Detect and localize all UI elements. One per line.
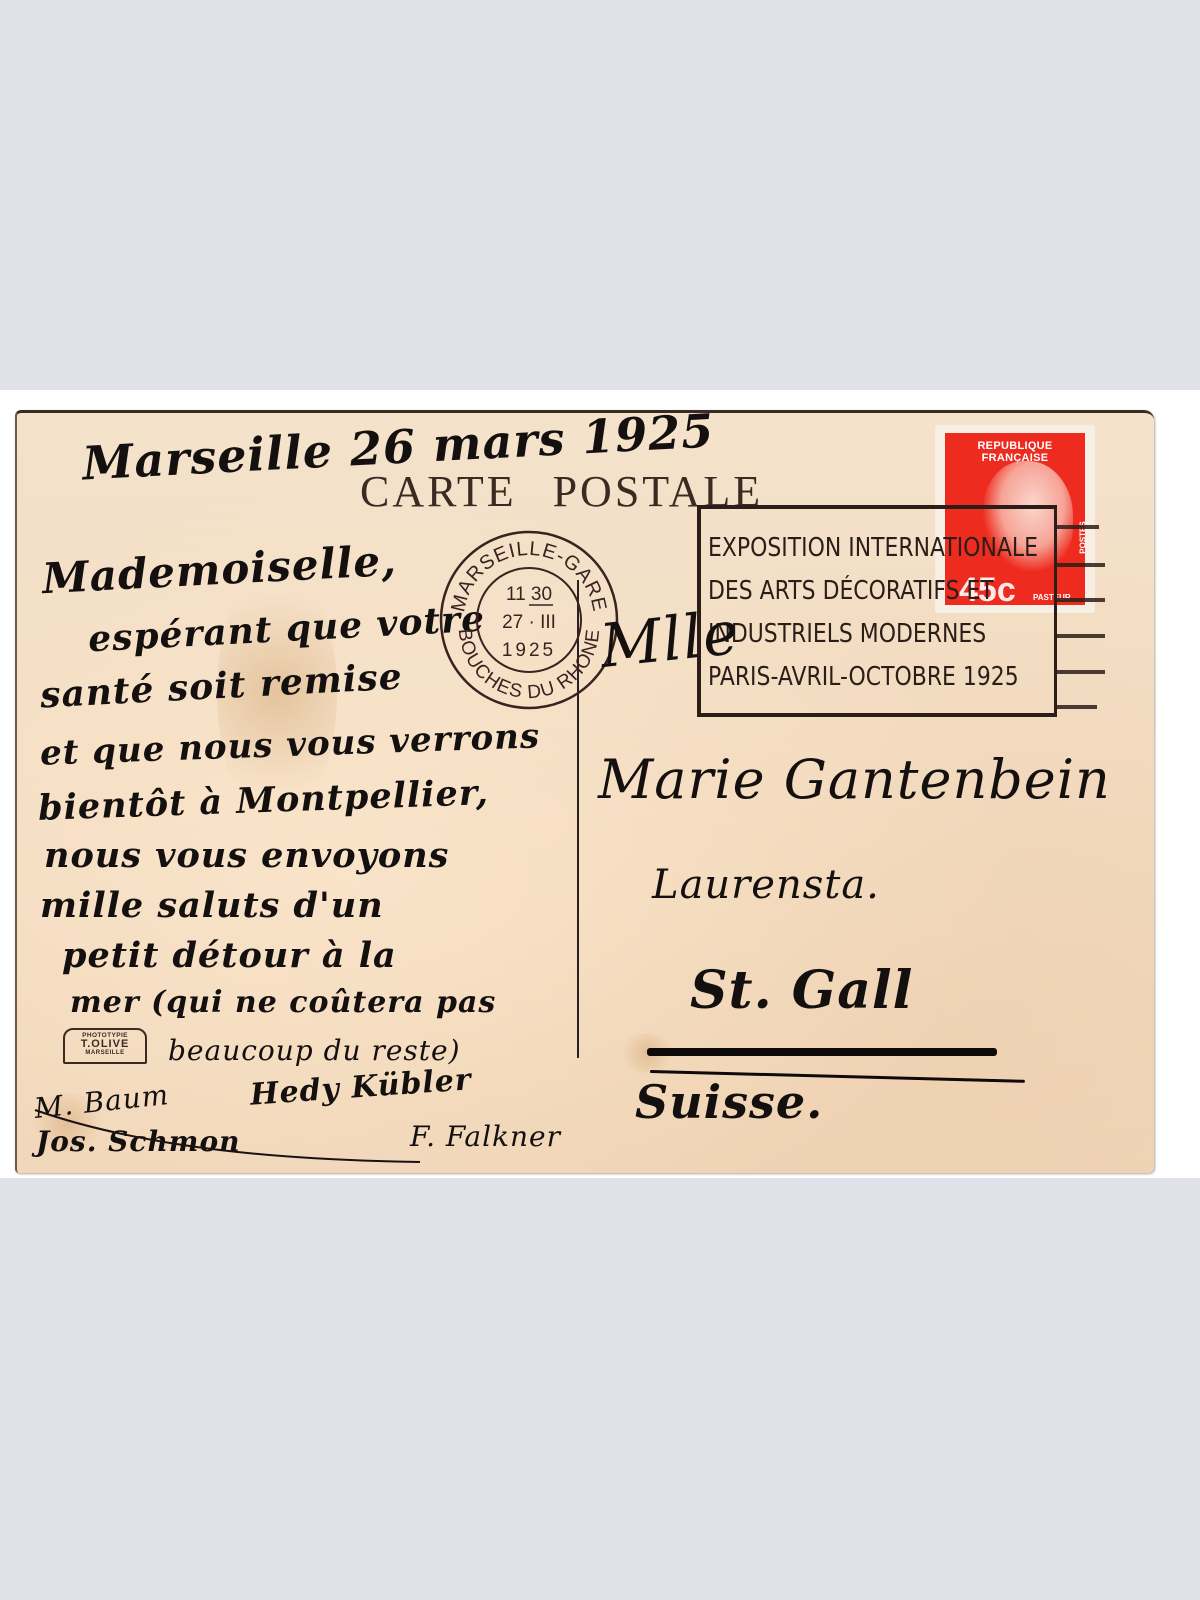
- postmark-date: 27 · III: [502, 612, 556, 633]
- slogan-line: DES ARTS DÉCORATIFS ET: [708, 570, 1013, 613]
- message-line: mille saluts d'un: [40, 885, 384, 926]
- circular-postmark: MARSEILLE-GARE BOUCHES DU RHONE 11 30 27…: [437, 528, 621, 712]
- publisher-line2: T.OLIVE: [65, 1039, 145, 1050]
- address-line: Mlle: [597, 598, 743, 682]
- postmark-year: 1925: [502, 640, 556, 661]
- signature: F. Falkner: [410, 1120, 561, 1153]
- slogan-line: EXPOSITION INTERNATIONALE: [708, 527, 1013, 570]
- address-line: St. Gall: [690, 960, 913, 1021]
- stamp-country: REPUBLIQUE FRANÇAISE: [945, 440, 1085, 464]
- cancel-wavy-line: [1057, 634, 1105, 638]
- cancel-wavy-line: [1057, 525, 1099, 529]
- address-line: Laurensta.: [652, 862, 880, 908]
- postmark-time: 11 30: [506, 584, 552, 605]
- cancel-wavy-line: [1057, 705, 1097, 709]
- cancel-wavy-line: [1057, 670, 1105, 674]
- address-line: Suisse.: [635, 1075, 823, 1129]
- message-line: nous vous envoyons: [44, 835, 449, 876]
- message-line: petit détour à la: [62, 935, 397, 976]
- message-line: mer (qui ne coûtera pas: [70, 985, 496, 1020]
- city-underline: [647, 1048, 997, 1056]
- slogan-line: PARIS-AVRIL-OCTOBRE 1925: [708, 656, 1013, 699]
- cancel-wavy-line: [1057, 598, 1105, 602]
- signature-flourish: [30, 1090, 430, 1170]
- address-line: Marie Gantenbein: [598, 748, 1111, 811]
- cancel-wavy-line: [1057, 563, 1105, 567]
- message-line: beaucoup du reste): [168, 1034, 461, 1067]
- slogan-cancel-text: EXPOSITION INTERNATIONALE DES ARTS DÉCOR…: [708, 527, 1013, 699]
- publisher-line3: MARSEILLE: [65, 1050, 145, 1056]
- slogan-line: INDUSTRIELS MODERNES: [708, 613, 1013, 656]
- publisher-mark: PHOTOTYPIE T.OLIVE MARSEILLE: [63, 1028, 147, 1064]
